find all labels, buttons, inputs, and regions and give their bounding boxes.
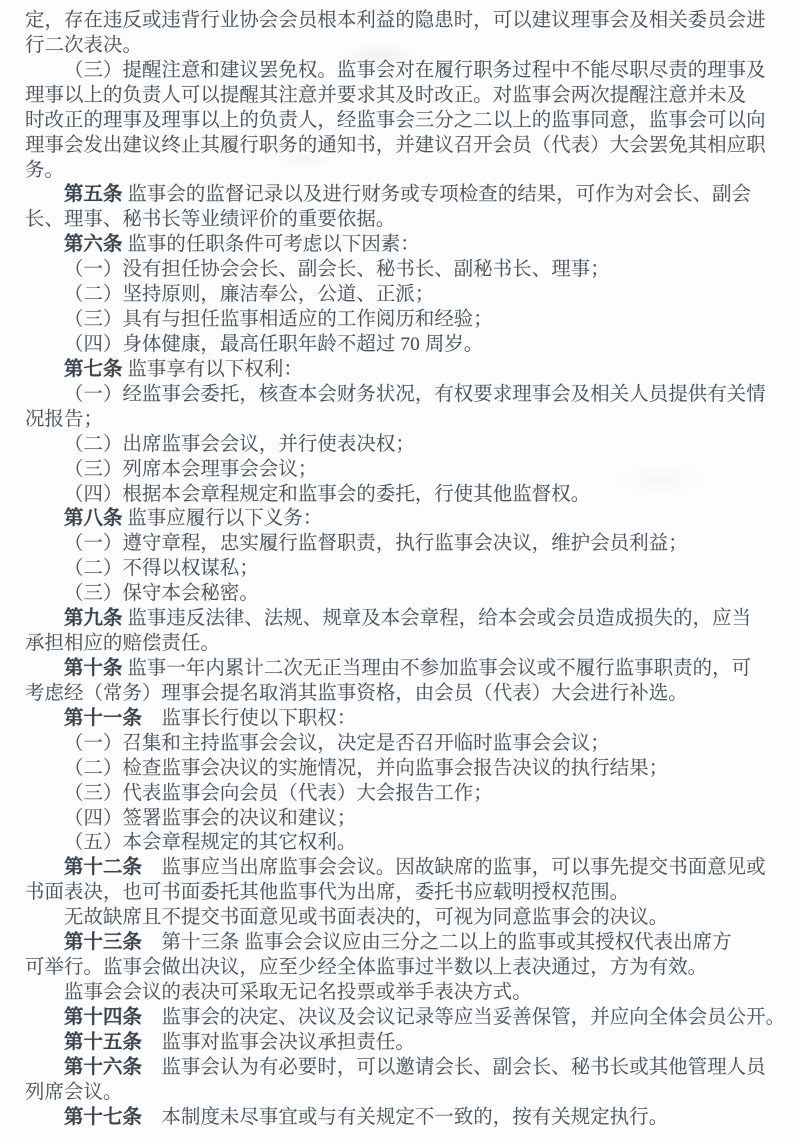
text-line: （一）召集和主持监事会会议，决定是否召开临时监事会会议； [25, 732, 770, 757]
text-line: 时改正的理事及理事以上的负责人，经监事会三分之二以上的监事同意，监事会可以向 [25, 109, 770, 134]
text-run: 监事对监事会决议承担责任。 [142, 1032, 415, 1053]
text-line: 第五条 监事会的监督记录以及进行财务或专项检查的结果，可作为对会长、副会 [25, 183, 770, 208]
document-page: 定，存在违反或违背行业协会会员根本利益的隐患时，可以建议理事会及相关委员会进行二… [0, 0, 800, 1144]
text-run: 监事享有以下权利： [122, 359, 302, 380]
text-run: 理事以上的负责人可以提醒其注意并要求其及时改正。对监事会两次提醒注意并未及 [25, 85, 746, 106]
text-line: （四）根据本会章程规定和监事会的委托，行使其他监督权。 [25, 483, 770, 508]
text-line: 第十三条 第十三条 监事会会议应由三分之二以上的监事或其授权代表出席方 [25, 931, 770, 956]
text-run: 监事的任职条件可考虑以下因素： [122, 234, 419, 255]
article-number: 第八条 [64, 508, 122, 529]
text-line: 第十七条 本制度未尽事宜或与有关规定不一致的，按有关规定执行。 [25, 1106, 770, 1131]
text-line: （四）身体健康，最高任职年龄不超过 70 周岁。 [25, 333, 770, 358]
text-line: 承担相应的赔偿责任。 [25, 632, 770, 657]
text-line: 第十五条 监事对监事会决议承担责任。 [25, 1031, 770, 1056]
article-number: 第十六条 [64, 1057, 142, 1078]
text-run: 监事违反法律、法规、规章及本会章程，给本会或会员造成损失的，应当 [122, 608, 751, 629]
text-run: （二）检查监事会决议的实施情况，并向监事会报告决议的执行结果； [64, 758, 668, 779]
text-line: 可举行。监事会做出决议，应至少经全体监事过半数以上表决通过，方为有效。 [25, 956, 770, 981]
text-line: （三）代表监事会向会员（代表）大会报告工作； [25, 782, 770, 807]
text-run: （四）身体健康，最高任职年龄不超过 70 周岁。 [64, 334, 483, 355]
article-number: 第十条 [64, 658, 122, 679]
text-line: 第八条 监事应履行以下义务： [25, 507, 770, 532]
text-line: （三）列席本会理事会会议； [25, 458, 770, 483]
text-run: （四）根据本会章程规定和监事会的委托，行使其他监督权。 [64, 484, 590, 505]
text-run: 况报告； [25, 409, 103, 430]
text-line: 况报告； [25, 408, 770, 433]
text-run: 承担相应的赔偿责任。 [25, 633, 220, 654]
text-run: （一）没有担任协会会长、副会长、秘书长、副秘书长、理事； [64, 259, 610, 280]
text-line: （一）没有担任协会会长、副会长、秘书长、副秘书长、理事； [25, 258, 770, 283]
text-run: 第十三条 监事会会议应由三分之二以上的监事或其授权代表出席方 [142, 932, 732, 953]
article-number: 第九条 [64, 608, 122, 629]
article-number: 第七条 [64, 359, 122, 380]
text-line: 务。 [25, 159, 770, 184]
text-line: （二）坚持原则，廉洁奉公，公道、正派； [25, 283, 770, 308]
text-line: 第十四条 监事会的决定、决议及会议记录等应当妥善保管，并应向全体会员公开。 [25, 1006, 770, 1031]
text-run: （三）保守本会秘密。 [64, 583, 259, 604]
text-run: 行二次表决。 [25, 35, 142, 56]
text-run: （一）经监事会委托，核查本会财务状况，有权要求理事会及相关人员提供有关情 [64, 384, 766, 405]
text-run: 监事应当出席监事会会议。因故缺席的监事，可以事先提交书面意见或 [142, 857, 766, 878]
text-run: 监事会会议的表决可采取无记名投票或举手表决方式。 [64, 982, 532, 1003]
text-line: 第十二条 监事应当出席监事会会议。因故缺席的监事，可以事先提交书面意见或 [25, 856, 770, 881]
text-line: 第六条 监事的任职条件可考虑以下因素： [25, 233, 770, 258]
text-run: （一）遵守章程，忠实履行监督职责，执行监事会决议，维护会员利益； [64, 533, 688, 554]
article-number: 第十四条 [64, 1007, 142, 1028]
text-run: 监事应履行以下义务： [122, 508, 322, 529]
text-line: （二）出席监事会会议，并行使表决权； [25, 433, 770, 458]
text-run: 书面表决，也可书面委托其他监事代为出席，委托书应载明授权范围。 [25, 882, 629, 903]
text-run: 务。 [25, 160, 64, 181]
text-run: 监事长行使以下职权： [142, 708, 356, 729]
text-line: （二）不得以权谋私； [25, 557, 770, 582]
text-line: 考虑经（常务）理事会提名取消其监事资格，由会员（代表）大会进行补选。 [25, 682, 770, 707]
article-number: 第十一条 [64, 708, 142, 729]
text-line: 列席会议。 [25, 1081, 770, 1106]
text-line: （五）本会章程规定的其它权利。 [25, 831, 770, 856]
text-run: 监事一年内累计二次无正当理由不参加监事会议或不履行监事职责的，可 [122, 658, 751, 679]
text-run: （三）提醒注意和建议罢免权。监事会对在履行职务过程中不能尽职尽责的理事及 [64, 60, 766, 81]
text-line: （一）经监事会委托，核查本会财务状况，有权要求理事会及相关人员提供有关情 [25, 383, 770, 408]
article-number: 第十二条 [64, 857, 142, 878]
text-line: 第十六条 监事会认为有必要时，可以邀请会长、副会长、秘书长或其他管理人员 [25, 1056, 770, 1081]
text-run: 长、理事、秘书长等业绩评价的重要依据。 [25, 209, 395, 230]
text-run: 定，存在违反或违背行业协会会员根本利益的隐患时，可以建议理事会及相关委员会进 [25, 10, 766, 31]
text-line: 监事会会议的表决可采取无记名投票或举手表决方式。 [25, 981, 770, 1006]
text-line: （三）具有与担任监事相适应的工作阅历和经验； [25, 308, 770, 333]
text-run: 列席会议。 [25, 1082, 122, 1103]
text-run: （三）代表监事会向会员（代表）大会报告工作； [64, 783, 493, 804]
text-line: 行二次表决。 [25, 34, 770, 59]
text-line: 第九条 监事违反法律、法规、规章及本会章程，给本会或会员造成损失的，应当 [25, 607, 770, 632]
text-line: （一）遵守章程，忠实履行监督职责，执行监事会决议，维护会员利益； [25, 532, 770, 557]
text-run: 监事会的决定、决议及会议记录等应当妥善保管，并应向全体会员公开。 [142, 1007, 785, 1028]
text-run: （三）列席本会理事会会议； [64, 459, 317, 480]
text-run: 监事会认为有必要时，可以邀请会长、副会长、秘书长或其他管理人员 [142, 1057, 766, 1078]
document-text-block: 定，存在违反或违背行业协会会员根本利益的隐患时，可以建议理事会及相关委员会进行二… [25, 9, 770, 1130]
text-run: 时改正的理事及理事以上的负责人，经监事会三分之二以上的监事同意，监事会可以向 [25, 110, 766, 131]
article-number: 第十三条 [64, 932, 142, 953]
article-number: 第十五条 [64, 1032, 142, 1053]
text-run: （二）出席监事会会议，并行使表决权； [64, 434, 415, 455]
text-run: （二）坚持原则，廉洁奉公，公道、正派； [64, 284, 434, 305]
text-line: 第十一条 监事长行使以下职权： [25, 707, 770, 732]
article-number: 第五条 [64, 184, 122, 205]
text-run: （三）具有与担任监事相适应的工作阅历和经验； [64, 309, 493, 330]
text-run: 考虑经（常务）理事会提名取消其监事资格，由会员（代表）大会进行补选。 [25, 683, 688, 704]
text-line: （三）提醒注意和建议罢免权。监事会对在履行职务过程中不能尽职尽责的理事及 [25, 59, 770, 84]
text-run: （一）召集和主持监事会会议，决定是否召开临时监事会会议； [64, 733, 610, 754]
text-line: 无故缺席且不提交书面意见或书面表决的，可视为同意监事会的决议。 [25, 906, 770, 931]
text-run: （五）本会章程规定的其它权利。 [64, 832, 356, 853]
text-run: 无故缺席且不提交书面意见或书面表决的，可视为同意监事会的决议。 [64, 907, 668, 928]
text-run: 监事会的监督记录以及进行财务或专项检查的结果，可作为对会长、副会 [122, 184, 751, 205]
text-run: 本制度未尽事宜或与有关规定不一致的，按有关规定执行。 [142, 1107, 668, 1128]
text-line: （四）签署监事会的决议和建议； [25, 807, 770, 832]
text-line: （二）检查监事会决议的实施情况，并向监事会报告决议的执行结果； [25, 757, 770, 782]
text-run: （二）不得以权谋私； [64, 558, 259, 579]
article-number: 第十七条 [64, 1107, 142, 1128]
text-line: 定，存在违反或违背行业协会会员根本利益的隐患时，可以建议理事会及相关委员会进 [25, 9, 770, 34]
text-line: 第七条 监事享有以下权利： [25, 358, 770, 383]
text-run: 可举行。监事会做出决议，应至少经全体监事过半数以上表决通过，方为有效。 [25, 957, 707, 978]
text-line: 理事以上的负责人可以提醒其注意并要求其及时改正。对监事会两次提醒注意并未及 [25, 84, 770, 109]
text-line: 长、理事、秘书长等业绩评价的重要依据。 [25, 208, 770, 233]
text-run: 理事会发出建议终止其履行职务的通知书，并建议召开会员（代表）大会罢免其相应职 [25, 135, 766, 156]
text-line: （三）保守本会秘密。 [25, 582, 770, 607]
text-line: 理事会发出建议终止其履行职务的通知书，并建议召开会员（代表）大会罢免其相应职 [25, 134, 770, 159]
article-number: 第六条 [64, 234, 122, 255]
text-line: 第十条 监事一年内累计二次无正当理由不参加监事会议或不履行监事职责的，可 [25, 657, 770, 682]
text-line: 书面表决，也可书面委托其他监事代为出席，委托书应载明授权范围。 [25, 881, 770, 906]
text-run: （四）签署监事会的决议和建议； [64, 808, 356, 829]
